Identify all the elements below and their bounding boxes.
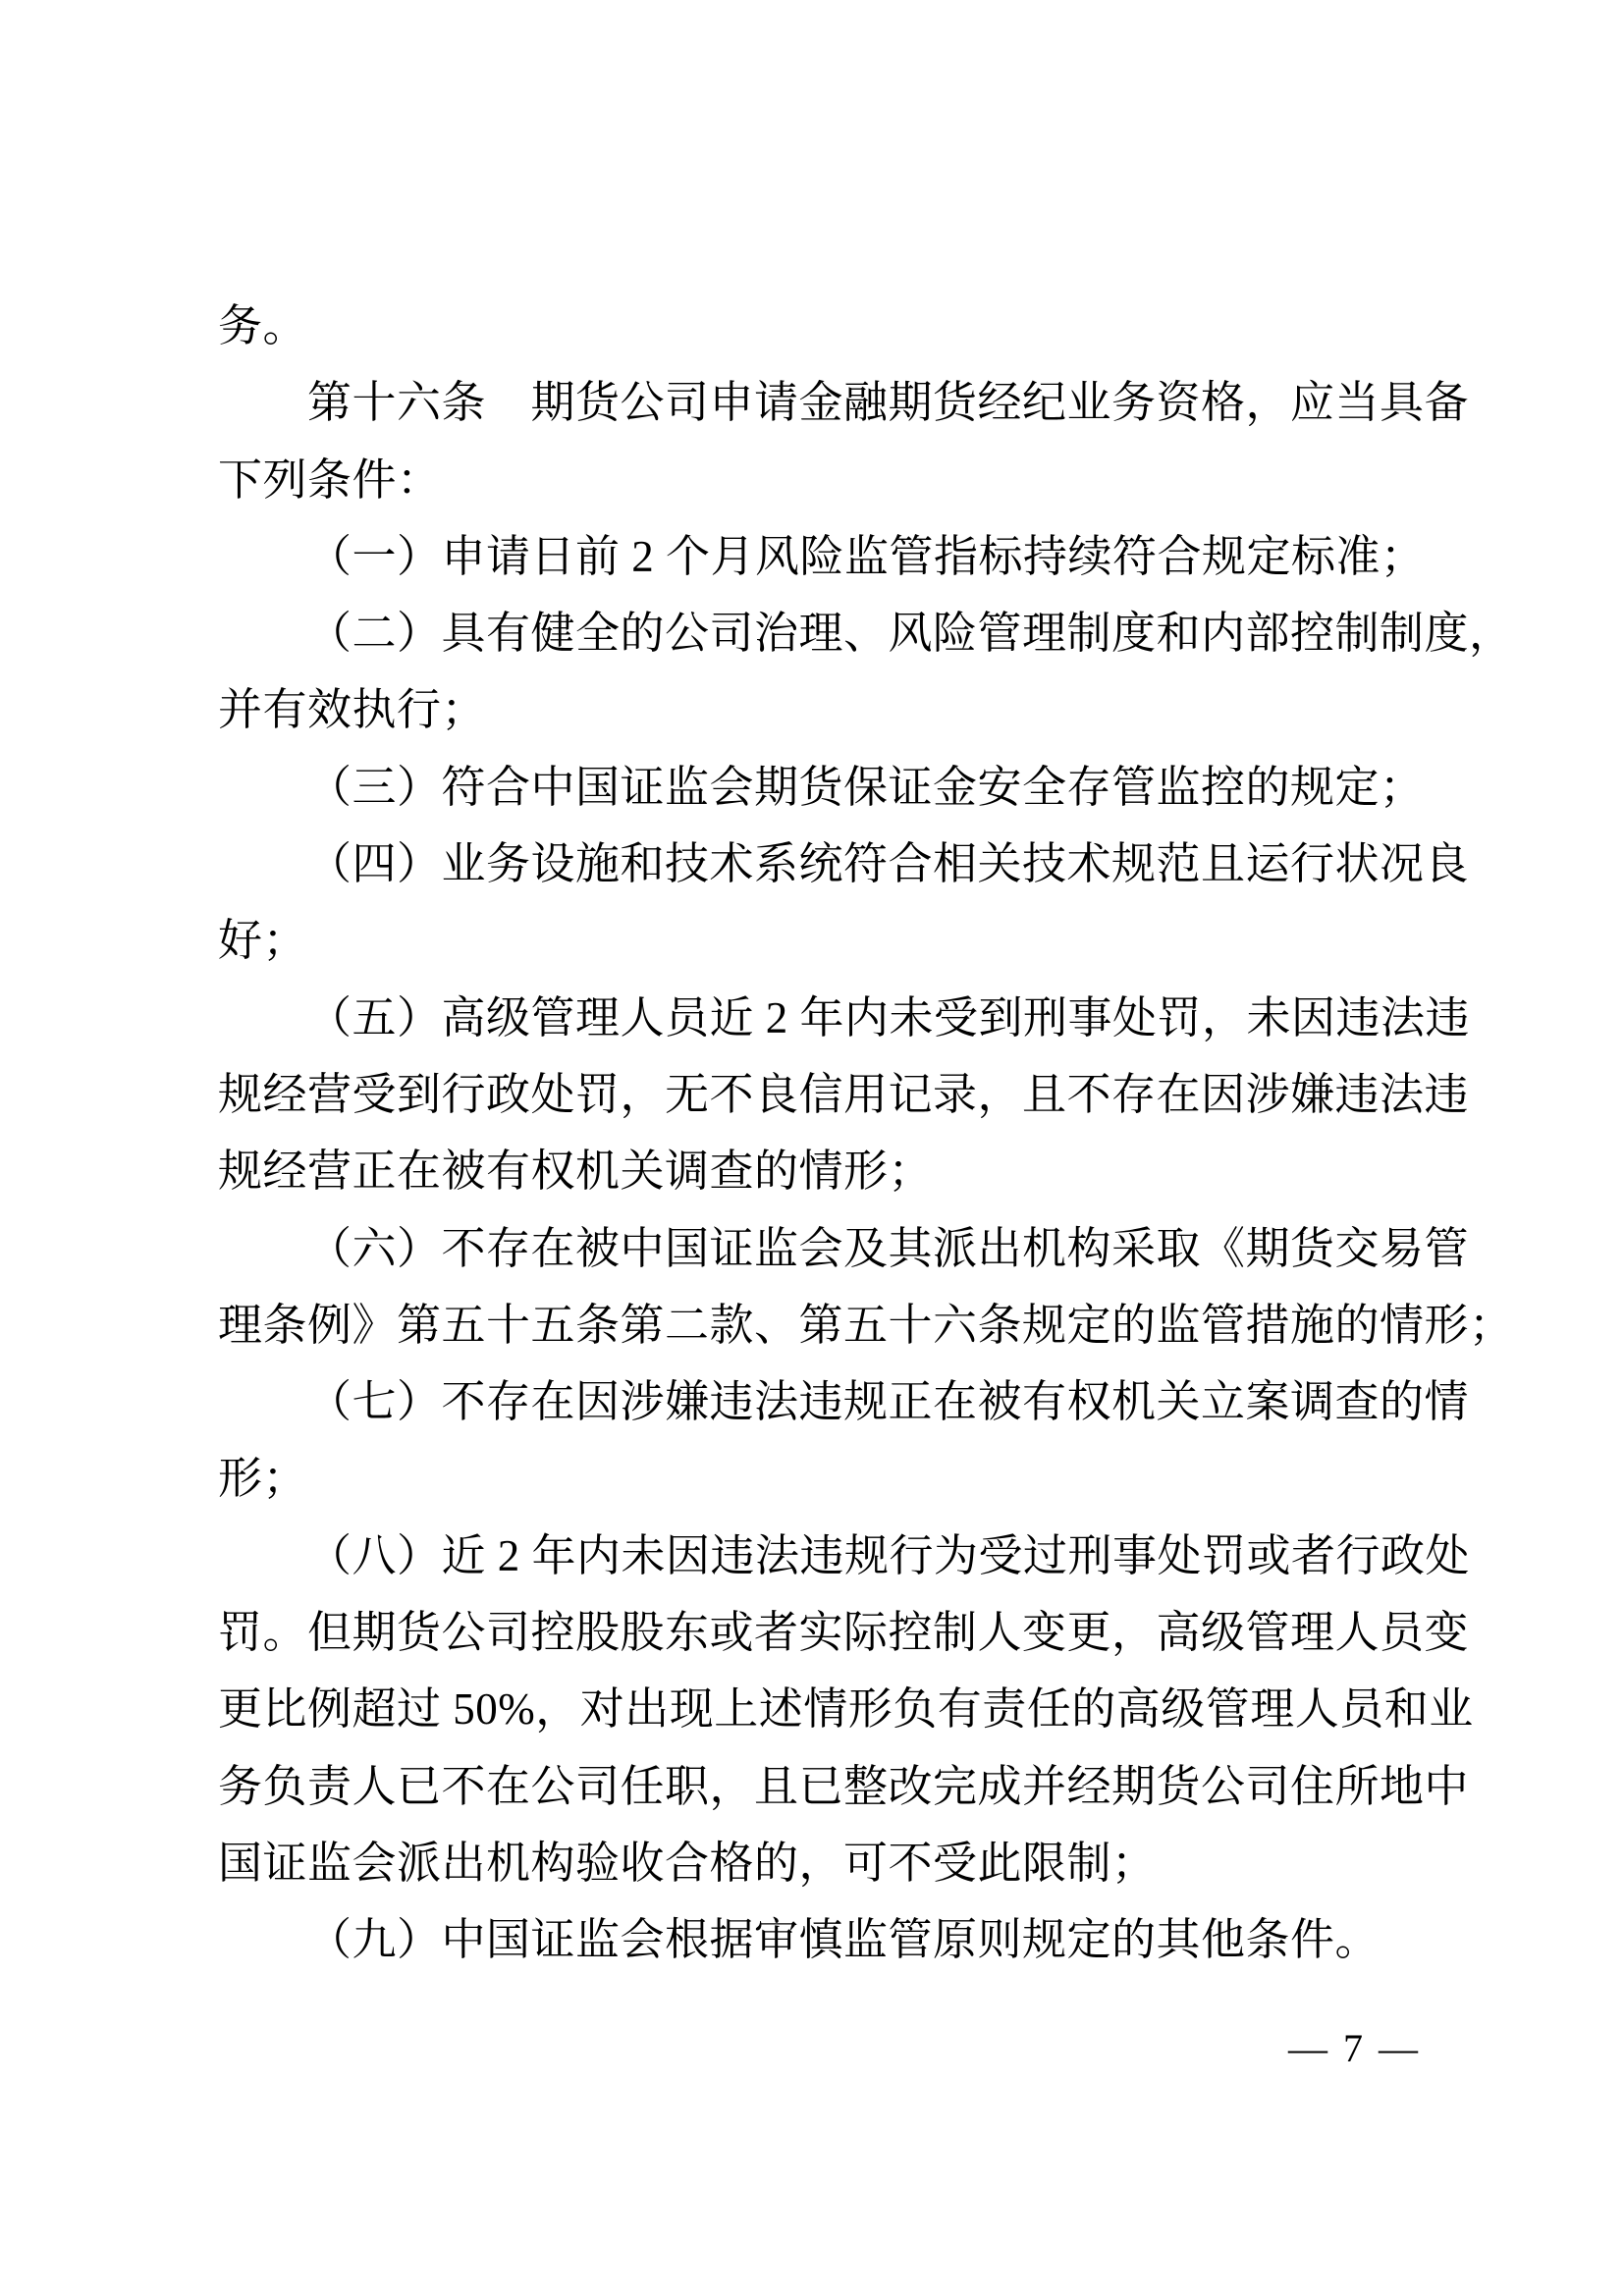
text-line: 更比例超过 50%，对出现上述情形负有责任的高级管理人员和业: [218, 1671, 1494, 1747]
text-line: 务。: [218, 288, 1494, 364]
text-line: （六）不存在被中国证监会及其派出机构采取《期货交易管: [218, 1210, 1494, 1287]
text-line: （九）中国证监会根据审慎监管原则规定的其他条件。: [218, 1901, 1494, 1978]
text-line: 理条例》第五十五条第二款、第五十六条规定的监管措施的情形；: [218, 1287, 1494, 1363]
text-line: （二）具有健全的公司治理、风险管理制度和内部控制制度，: [218, 595, 1494, 671]
text-line: 下列条件：: [218, 442, 1494, 518]
text-line: 务负责人已不在公司任职，且已整改完成并经期货公司住所地中: [218, 1748, 1494, 1825]
text-line: 罚。但期货公司控股股东或者实际控制人变更，高级管理人员变: [218, 1594, 1494, 1671]
text-line: 好；: [218, 902, 1494, 979]
text-line: （八）近 2 年内未因违法违规行为受过刑事处罚或者行政处: [218, 1518, 1494, 1594]
text-line: （一）申请日前 2 个月风险监管指标持续符合规定标准；: [218, 518, 1494, 595]
page-number: — 7 —: [1288, 2024, 1421, 2073]
text-line: （七）不存在因涉嫌违法违规正在被有权机关立案调查的情: [218, 1363, 1494, 1440]
text-line: （三）符合中国证监会期货保证金安全存管监控的规定；: [218, 749, 1494, 826]
text-line: （五）高级管理人员近 2 年内未受到刑事处罚，未因违法违: [218, 980, 1494, 1056]
document-page: 务。 第十六条 期货公司申请金融期货经纪业务资格，应当具备 下列条件： （一）申…: [0, 0, 1624, 2296]
text-line: 规经营正在被有权机关调查的情形；: [218, 1133, 1494, 1209]
document-body: 务。 第十六条 期货公司申请金融期货经纪业务资格，应当具备 下列条件： （一）申…: [218, 288, 1494, 1979]
text-line: 规经营受到行政处罚，无不良信用记录，且不存在因涉嫌违法违: [218, 1056, 1494, 1133]
text-line: 国证监会派出机构验收合格的，可不受此限制；: [218, 1825, 1494, 1901]
text-line: 并有效执行；: [218, 671, 1494, 748]
text-line: 第十六条 期货公司申请金融期货经纪业务资格，应当具备: [218, 364, 1494, 441]
text-line: （四）业务设施和技术系统符合相关技术规范且运行状况良: [218, 826, 1494, 902]
text-line: 形；: [218, 1440, 1494, 1517]
